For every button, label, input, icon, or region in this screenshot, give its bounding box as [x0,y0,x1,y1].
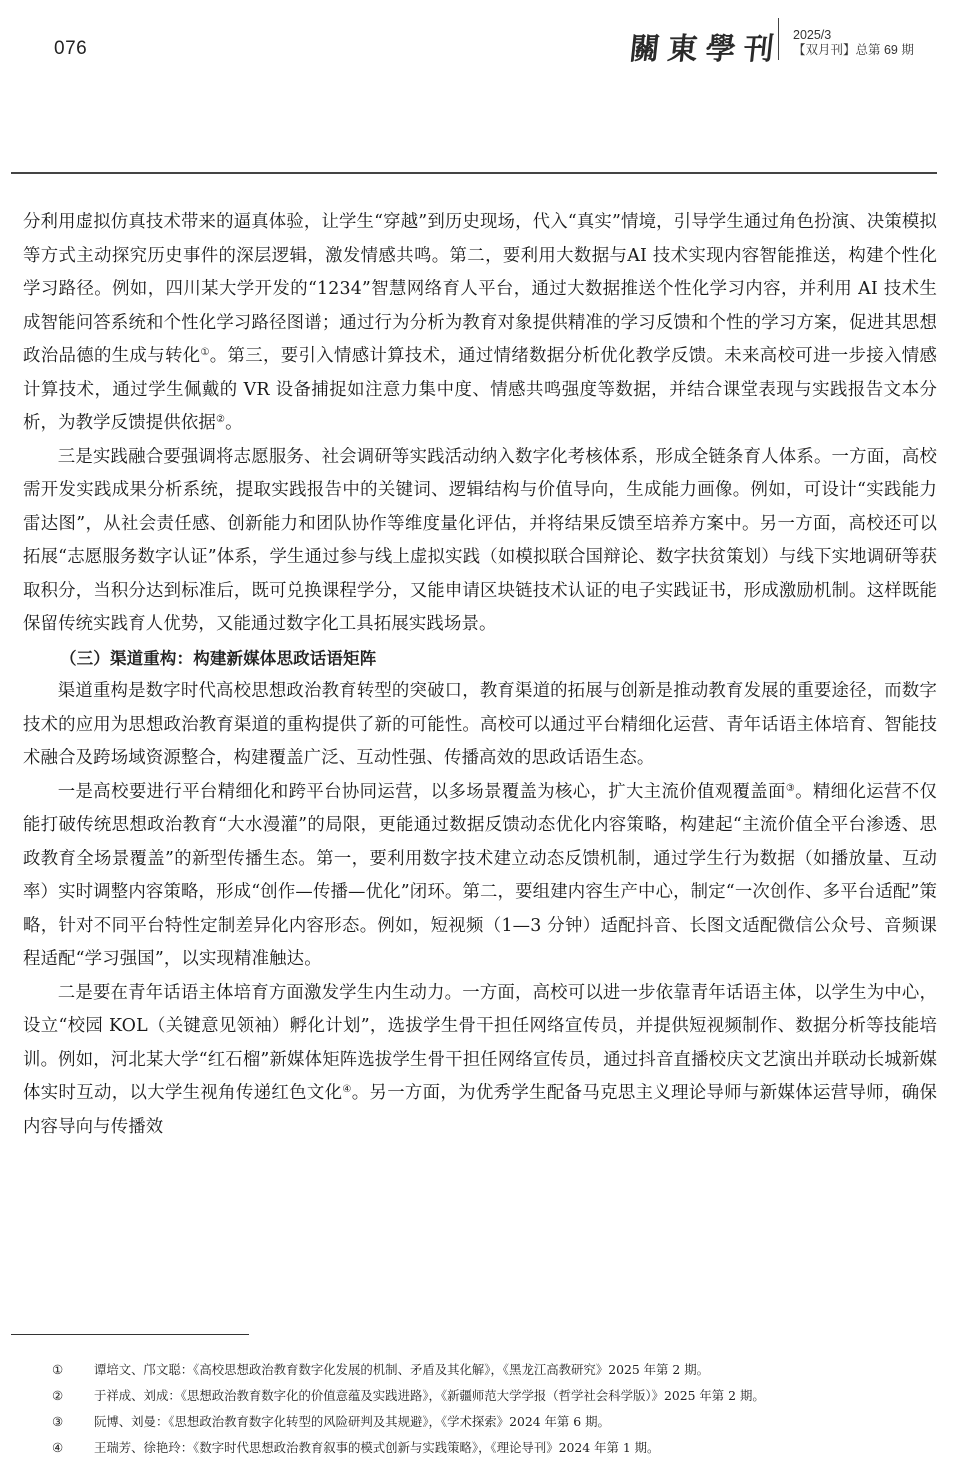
footnote-text: 王瑞芳、徐艳玲：《数字时代思想政治教育叙事的模式创新与实践策略》，《理论导刊》2… [94,1435,659,1461]
footnote-number: ② [52,1383,94,1409]
paragraph-practice-integration: 三是实践融合要强调将志愿服务、社会调研等实践活动纳入数字化考核体系，形成全链条育… [23,441,937,642]
footnote-text: 于祥成、刘成：《思想政治教育数字化的价值意蕴及实践进路》，《新疆师范大学学报（哲… [94,1383,765,1409]
issue-date: 2025/3 [793,28,914,43]
footnote-ref-4[interactable]: ④ [342,1084,351,1095]
footnote-3: ③ 阮博、刘曼：《思想政治教育数字化转型的风险研判及其规避》，《学术探索》202… [52,1409,942,1435]
issue-number: 【双月刊】总第 69 期 [793,43,914,58]
footnotes: ① 谭培文、邝文聪：《高校思想政治教育数字化发展的机制、矛盾及其化解》，《黑龙江… [52,1357,942,1461]
paragraph-continued: 分利用虚拟仿真技术带来的逼真体验，让学生“穿越”到历史现场，代入“真实”情境，引… [23,206,937,441]
paragraph-youth-discourse: 二是要在青年话语主体培育方面激发学生内生动力。一方面，高校可以进一步依靠青年话语… [23,977,937,1145]
footnote-number: ④ [52,1435,94,1461]
page-number: 076 [54,38,87,60]
footnote-4: ④ 王瑞芳、徐艳玲：《数字时代思想政治教育叙事的模式创新与实践策略》，《理论导刊… [52,1435,942,1461]
footnote-divider [11,1334,249,1335]
header-rule [11,172,937,174]
paragraph-platform-operation: 一是高校要进行平台精细化和跨平台协同运营，以多场景覆盖为核心，扩大主流价值观覆盖… [23,776,937,977]
footnote-number: ③ [52,1409,94,1435]
page-header: 076 關東學刊 2025/3 【双月刊】总第 69 期 [0,0,958,180]
footnote-ref-2[interactable]: ② [216,414,225,425]
footnote-number: ① [52,1357,94,1383]
footnote-text: 阮博、刘曼：《思想政治教育数字化转型的风险研判及其规避》，《学术探索》2024 … [94,1409,610,1435]
journal-logo: 關東學刊 [628,24,785,68]
footnote-ref-3[interactable]: ③ [786,783,795,794]
footnote-1: ① 谭培文、邝文聪：《高校思想政治教育数字化发展的机制、矛盾及其化解》，《黑龙江… [52,1357,942,1383]
footnote-ref-1[interactable]: ① [200,347,209,358]
section-heading: （三）渠道重构：构建新媒体思政话语矩阵 [23,642,937,676]
logo-divider [778,18,779,60]
article-body: 分利用虚拟仿真技术带来的逼真体验，让学生“穿越”到历史现场，代入“真实”情境，引… [23,206,937,1144]
paragraph-channel-reconstruction: 渠道重构是数字时代高校思想政治教育转型的突破口，教育渠道的拓展与创新是推动教育发… [23,675,937,776]
issue-info: 2025/3 【双月刊】总第 69 期 [793,28,914,58]
footnote-2: ② 于祥成、刘成：《思想政治教育数字化的价值意蕴及实践进路》，《新疆师范大学学报… [52,1383,942,1409]
footnote-text: 谭培文、邝文聪：《高校思想政治教育数字化发展的机制、矛盾及其化解》，《黑龙江高教… [94,1357,709,1383]
